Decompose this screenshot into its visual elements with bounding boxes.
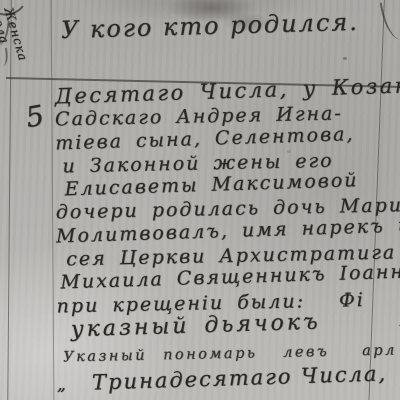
register-page-scan: Женска пола У кого кто родился. 5 Десята… [0,0,400,400]
entry-text-block: Десятаго Числа, у Козака Садскаго Андрея… [55,83,400,371]
paper-speck [343,57,347,60]
next-entry-ditto-mark: „ [57,375,66,395]
